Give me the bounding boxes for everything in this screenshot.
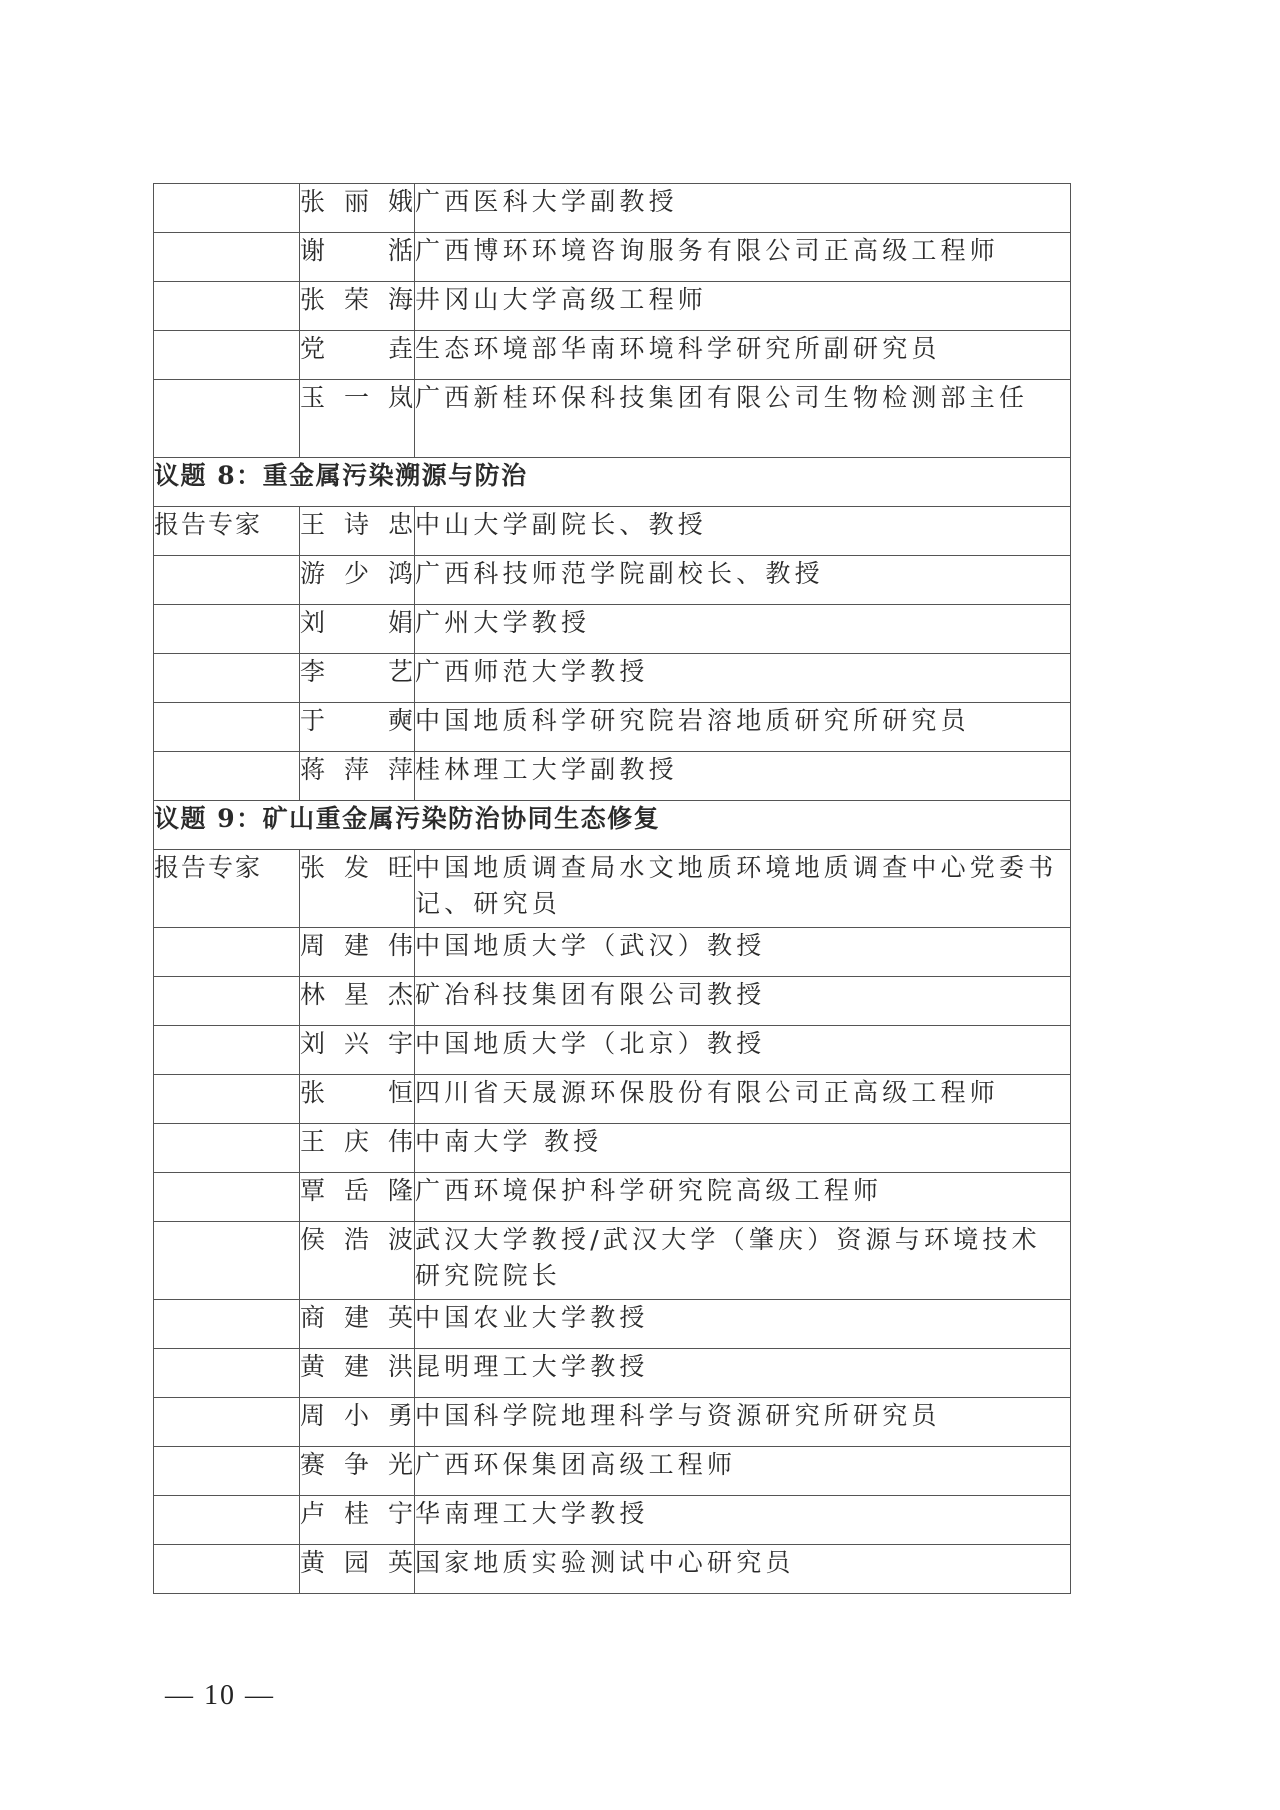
expert-name-cell: 党 垚 [300, 331, 415, 380]
expert-role-cell [154, 1349, 300, 1398]
expert-role-cell [154, 184, 300, 233]
expert-row: 报告专家王诗忠中山大学副院长、教授 [154, 507, 1071, 556]
expert-role-cell [154, 1398, 300, 1447]
expert-row: 于 奭中国地质科学研究院岩溶地质研究所研究员 [154, 703, 1071, 752]
expert-row: 李 艺广西师范大学教授 [154, 654, 1071, 703]
expert-affiliation-cell: 广西新桂环保科技集团有限公司生物检测部主任 [415, 380, 1071, 458]
expert-row: 侯浩波武汉大学教授/武汉大学（肇庆）资源与环境技术研究院院长 [154, 1222, 1071, 1300]
expert-table-body: 张丽娥广西医科大学副教授谢 湉广西博环环境咨询服务有限公司正高级工程师张荣海井冈… [154, 184, 1071, 1594]
expert-affiliation-cell: 中国地质调查局水文地质环境地质调查中心党委书记、研究员 [415, 850, 1071, 928]
expert-affiliation-cell: 中山大学副院长、教授 [415, 507, 1071, 556]
expert-row: 刘 娟广州大学教授 [154, 605, 1071, 654]
expert-row: 黄建洪昆明理工大学教授 [154, 1349, 1071, 1398]
expert-name-cell: 谢 湉 [300, 233, 415, 282]
expert-row: 黄园英国家地质实验测试中心研究员 [154, 1545, 1071, 1594]
expert-affiliation-cell: 广州大学教授 [415, 605, 1071, 654]
expert-name-cell: 刘兴宇 [300, 1026, 415, 1075]
expert-role-cell [154, 1173, 300, 1222]
expert-row: 赛争光广西环保集团高级工程师 [154, 1447, 1071, 1496]
expert-row: 玉一岚广西新桂环保科技集团有限公司生物检测部主任 [154, 380, 1071, 458]
expert-name-cell: 周建伟 [300, 928, 415, 977]
expert-row: 张丽娥广西医科大学副教授 [154, 184, 1071, 233]
expert-name-cell: 张丽娥 [300, 184, 415, 233]
expert-affiliation-cell: 四川省天晟源环保股份有限公司正高级工程师 [415, 1075, 1071, 1124]
expert-affiliation-cell: 中南大学 教授 [415, 1124, 1071, 1173]
expert-affiliation-cell: 中国科学院地理科学与资源研究所研究员 [415, 1398, 1071, 1447]
expert-row: 蒋萍萍桂林理工大学副教授 [154, 752, 1071, 801]
topic-title: 议题 8：重金属污染溯源与防治 [154, 458, 1071, 507]
expert-affiliation-cell: 中国地质大学（武汉）教授 [415, 928, 1071, 977]
expert-row: 张 恒四川省天晟源环保股份有限公司正高级工程师 [154, 1075, 1071, 1124]
expert-role-cell [154, 233, 300, 282]
expert-affiliation-cell: 广西环保集团高级工程师 [415, 1447, 1071, 1496]
expert-name-cell: 李 艺 [300, 654, 415, 703]
expert-role-cell [154, 928, 300, 977]
expert-role-cell [154, 752, 300, 801]
expert-row: 党 垚生态环境部华南环境科学研究所副研究员 [154, 331, 1071, 380]
expert-row: 商建英中国农业大学教授 [154, 1300, 1071, 1349]
expert-affiliation-cell: 昆明理工大学教授 [415, 1349, 1071, 1398]
expert-role-cell [154, 1545, 300, 1594]
expert-row: 林星杰矿冶科技集团有限公司教授 [154, 977, 1071, 1026]
expert-affiliation-cell: 中国地质大学（北京）教授 [415, 1026, 1071, 1075]
expert-affiliation-cell: 华南理工大学教授 [415, 1496, 1071, 1545]
expert-affiliation-cell: 广西环境保护科学研究院高级工程师 [415, 1173, 1071, 1222]
expert-name-cell: 张发旺 [300, 850, 415, 928]
expert-affiliation-cell: 井冈山大学高级工程师 [415, 282, 1071, 331]
expert-affiliation-cell: 中国农业大学教授 [415, 1300, 1071, 1349]
expert-role-cell [154, 1447, 300, 1496]
expert-name-cell: 商建英 [300, 1300, 415, 1349]
topic-heading-row: 议题 9：矿山重金属污染防治协同生态修复 [154, 801, 1071, 850]
expert-name-cell: 覃岳隆 [300, 1173, 415, 1222]
expert-row: 报告专家张发旺中国地质调查局水文地质环境地质调查中心党委书记、研究员 [154, 850, 1071, 928]
expert-role-cell [154, 380, 300, 458]
expert-name-cell: 黄园英 [300, 1545, 415, 1594]
expert-role-cell [154, 331, 300, 380]
expert-name-cell: 卢桂宁 [300, 1496, 415, 1545]
expert-row: 周建伟中国地质大学（武汉）教授 [154, 928, 1071, 977]
expert-row: 王庆伟中南大学 教授 [154, 1124, 1071, 1173]
topic-title: 议题 9：矿山重金属污染防治协同生态修复 [154, 801, 1071, 850]
expert-role-cell [154, 703, 300, 752]
expert-row: 谢 湉广西博环环境咨询服务有限公司正高级工程师 [154, 233, 1071, 282]
expert-affiliation-cell: 中国地质科学研究院岩溶地质研究所研究员 [415, 703, 1071, 752]
expert-table: 张丽娥广西医科大学副教授谢 湉广西博环环境咨询服务有限公司正高级工程师张荣海井冈… [153, 183, 1071, 1594]
expert-role-cell: 报告专家 [154, 850, 300, 928]
expert-role-cell [154, 282, 300, 331]
expert-affiliation-cell: 广西医科大学副教授 [415, 184, 1071, 233]
expert-row: 卢桂宁华南理工大学教授 [154, 1496, 1071, 1545]
expert-role-cell [154, 654, 300, 703]
expert-name-cell: 王诗忠 [300, 507, 415, 556]
expert-role-cell [154, 1300, 300, 1349]
expert-name-cell: 张荣海 [300, 282, 415, 331]
expert-affiliation-cell: 广西博环环境咨询服务有限公司正高级工程师 [415, 233, 1071, 282]
expert-affiliation-cell: 武汉大学教授/武汉大学（肇庆）资源与环境技术研究院院长 [415, 1222, 1071, 1300]
expert-name-cell: 林星杰 [300, 977, 415, 1026]
expert-name-cell: 侯浩波 [300, 1222, 415, 1300]
expert-name-cell: 赛争光 [300, 1447, 415, 1496]
expert-name-cell: 黄建洪 [300, 1349, 415, 1398]
expert-name-cell: 游少鸿 [300, 556, 415, 605]
expert-affiliation-cell: 广西科技师范学院副校长、教授 [415, 556, 1071, 605]
expert-role-cell [154, 1075, 300, 1124]
expert-row: 覃岳隆广西环境保护科学研究院高级工程师 [154, 1173, 1071, 1222]
expert-affiliation-cell: 国家地质实验测试中心研究员 [415, 1545, 1071, 1594]
expert-role-cell [154, 977, 300, 1026]
expert-name-cell: 蒋萍萍 [300, 752, 415, 801]
expert-role-cell [154, 1496, 300, 1545]
page-number: — 10 — [165, 1680, 275, 1712]
topic-heading-row: 议题 8：重金属污染溯源与防治 [154, 458, 1071, 507]
expert-name-cell: 刘 娟 [300, 605, 415, 654]
expert-affiliation-cell: 广西师范大学教授 [415, 654, 1071, 703]
expert-affiliation-cell: 矿冶科技集团有限公司教授 [415, 977, 1071, 1026]
expert-role-cell [154, 1026, 300, 1075]
expert-name-cell: 玉一岚 [300, 380, 415, 458]
expert-role-cell [154, 605, 300, 654]
expert-name-cell: 周小勇 [300, 1398, 415, 1447]
expert-row: 刘兴宇中国地质大学（北京）教授 [154, 1026, 1071, 1075]
expert-name-cell: 于 奭 [300, 703, 415, 752]
document-page: 张丽娥广西医科大学副教授谢 湉广西博环环境咨询服务有限公司正高级工程师张荣海井冈… [0, 0, 1280, 1810]
expert-role-cell [154, 1222, 300, 1300]
expert-role-cell [154, 1124, 300, 1173]
expert-row: 周小勇中国科学院地理科学与资源研究所研究员 [154, 1398, 1071, 1447]
expert-row: 游少鸿广西科技师范学院副校长、教授 [154, 556, 1071, 605]
expert-role-cell [154, 556, 300, 605]
expert-name-cell: 王庆伟 [300, 1124, 415, 1173]
expert-affiliation-cell: 生态环境部华南环境科学研究所副研究员 [415, 331, 1071, 380]
expert-row: 张荣海井冈山大学高级工程师 [154, 282, 1071, 331]
expert-name-cell: 张 恒 [300, 1075, 415, 1124]
expert-role-cell: 报告专家 [154, 507, 300, 556]
expert-affiliation-cell: 桂林理工大学副教授 [415, 752, 1071, 801]
